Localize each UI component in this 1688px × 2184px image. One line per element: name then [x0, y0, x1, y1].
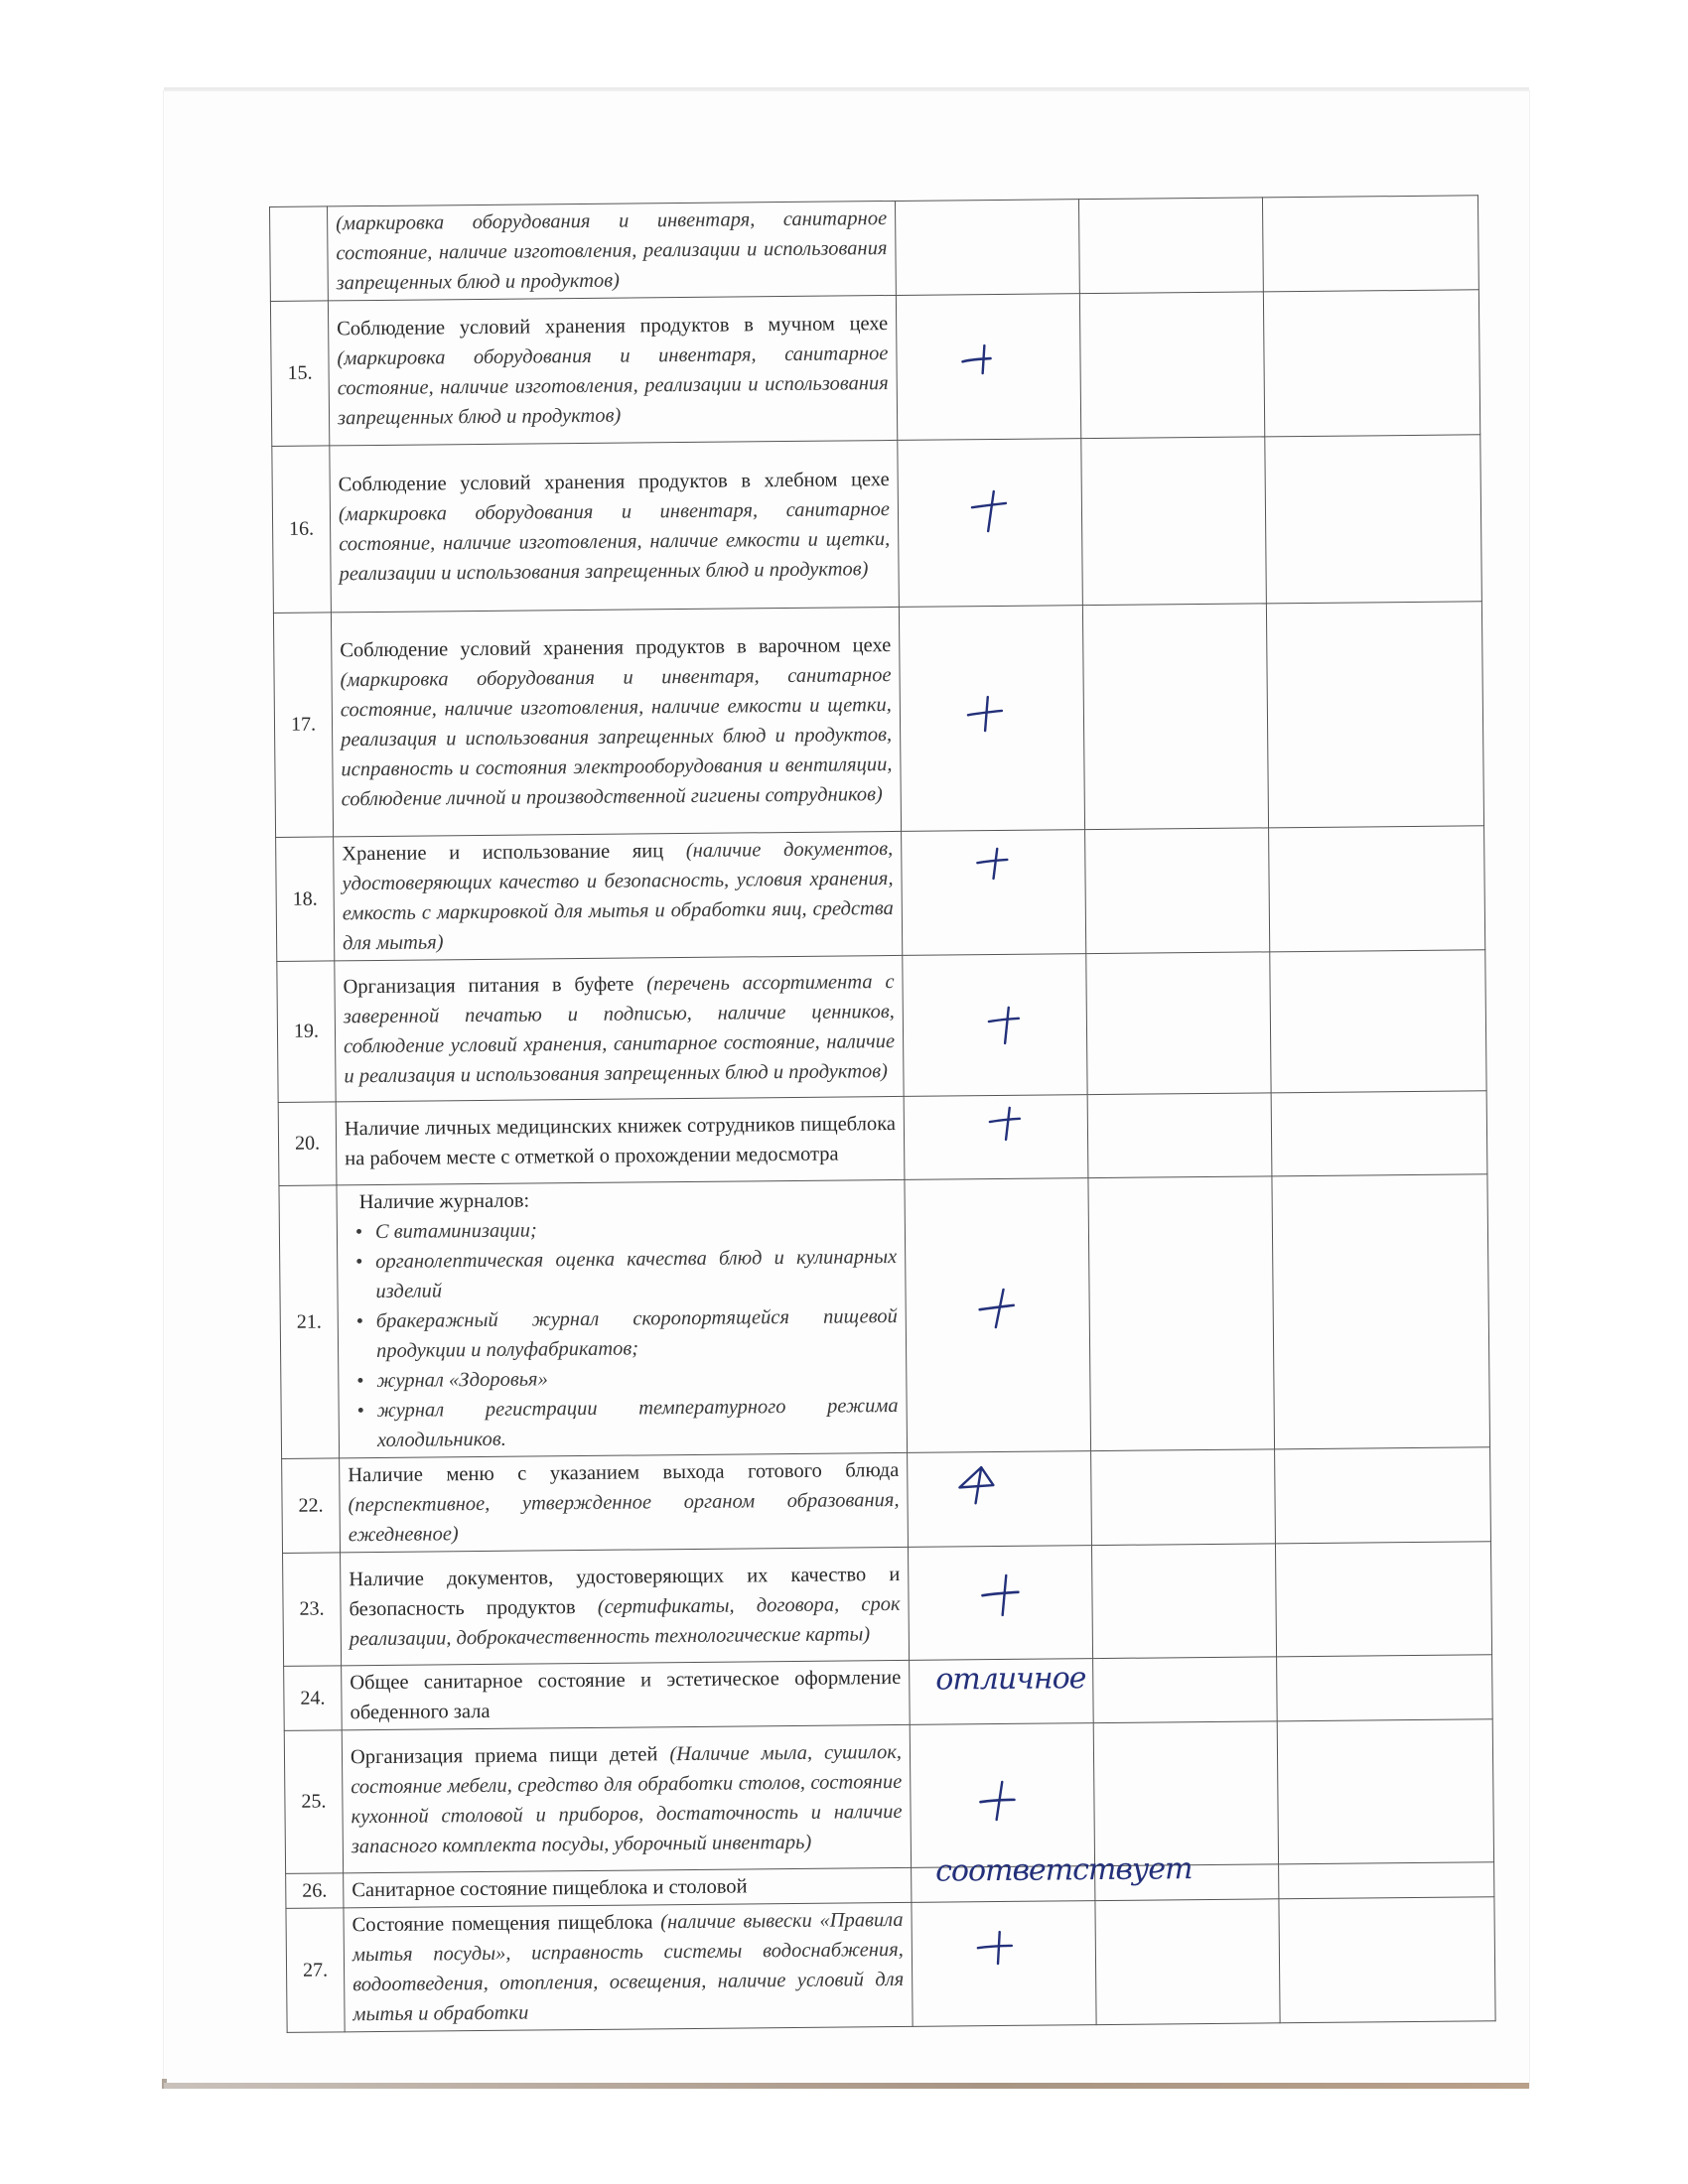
- criterion-text: Организация питания в буфете (перечень а…: [335, 955, 904, 1101]
- criterion-title: Санитарное состояние пищеблока и столово…: [352, 1875, 747, 1901]
- mark-cell-1[interactable]: [908, 1546, 1092, 1661]
- criterion-title: Хранение и использование яиц: [342, 840, 663, 865]
- mark-cell-1[interactable]: [902, 830, 1086, 956]
- mark-cell-3[interactable]: [1277, 1719, 1493, 1864]
- criterion-title: Состояние помещения пищеблока: [352, 1911, 653, 1936]
- mark-cell-2[interactable]: [1086, 952, 1271, 1095]
- table-row: 15. Соблюдение условий хранения продукто…: [270, 290, 1479, 447]
- mark-cell-1[interactable]: отличное: [910, 1659, 1094, 1725]
- mark-cell-3[interactable]: [1269, 826, 1485, 952]
- criterion-detail: (маркировка оборудования и инвентаря, са…: [336, 207, 887, 294]
- mark-cell-1[interactable]: [903, 954, 1087, 1097]
- mark-cell-2[interactable]: [1091, 1544, 1276, 1659]
- row-number: 21.: [279, 1185, 340, 1459]
- criterion-title: Наличие меню с указанием выхода готового…: [348, 1459, 899, 1486]
- mark-cell-3[interactable]: [1272, 1174, 1490, 1449]
- list-item: органолептическая оценка качества блюд и…: [365, 1242, 898, 1306]
- table-row: 19. Организация питания в буфете (перече…: [277, 950, 1486, 1103]
- mark-cell-1[interactable]: [899, 606, 1084, 832]
- row-number: 18.: [276, 837, 335, 962]
- handwritten-plus-icon: [959, 1463, 995, 1503]
- mark-cell-2[interactable]: [1095, 1899, 1280, 2025]
- mark-cell-3[interactable]: [1275, 1447, 1491, 1544]
- criterion-text: Соблюдение условий хранения продуктов в …: [330, 440, 900, 612]
- criterion-text: Наличие документов, удостоверяющих их ка…: [341, 1547, 910, 1665]
- mark-cell-3[interactable]: [1279, 1897, 1495, 2023]
- table-row: 23. Наличие документов, удостоверяющих и…: [283, 1542, 1492, 1667]
- criterion-detail: (маркировка оборудования и инвентаря, са…: [340, 664, 892, 810]
- mark-cell-2[interactable]: [1087, 1093, 1272, 1178]
- table-row: 24. Общее санитарное состояние и эстетич…: [284, 1655, 1493, 1731]
- table-row: 21. Наличие журналов: С витаминизации; о…: [279, 1174, 1490, 1459]
- table-row: 25. Организация приема пищи детей (Налич…: [284, 1719, 1493, 1874]
- handwritten-plus-icon: [960, 337, 996, 376]
- row-number: [270, 206, 329, 302]
- criterion-text: Хранение и использование яиц (наличие до…: [334, 831, 903, 960]
- handwritten-plus-icon: [975, 845, 1011, 885]
- mark-cell-1[interactable]: [905, 1178, 1091, 1453]
- mark-cell-1[interactable]: [912, 1901, 1096, 2027]
- row-number: 20.: [278, 1102, 337, 1186]
- mark-cell-1[interactable]: [895, 200, 1079, 296]
- criterion-text: Наличие меню с указанием выхода готового…: [340, 1452, 909, 1552]
- mark-cell-3[interactable]: [1270, 950, 1486, 1093]
- mark-cell-2[interactable]: [1095, 1864, 1279, 1901]
- row-number: 15.: [270, 301, 329, 447]
- mark-cell-2[interactable]: [1085, 828, 1270, 954]
- handwritten-plus-icon: [982, 1574, 1018, 1614]
- handwritten-plus-icon: [987, 1005, 1023, 1044]
- mark-cell-2[interactable]: [1093, 1721, 1278, 1866]
- mark-cell-3[interactable]: [1263, 290, 1479, 437]
- table-row: 17. Соблюдение условий хранения продукто…: [273, 602, 1483, 838]
- row-number: 27.: [286, 1908, 345, 2033]
- criterion-text: Наличие личных медицинских книжек сотруд…: [336, 1096, 905, 1184]
- criterion-text: Санитарное состояние пищеблока и столово…: [344, 1867, 912, 1907]
- criterion-title: Организация приема пищи детей: [351, 1743, 658, 1768]
- handwritten-plus-icon: [968, 692, 1004, 732]
- list-item: бракеражный журнал скоропортящейся пищев…: [366, 1301, 899, 1366]
- inspection-checklist-table: (маркировка оборудования и инвентаря, са…: [269, 195, 1496, 2033]
- mark-cell-2[interactable]: [1082, 604, 1268, 830]
- mark-cell-3[interactable]: [1277, 1655, 1493, 1721]
- row-number: 17.: [273, 613, 333, 838]
- criterion-text: Соблюдение условий хранения продуктов в …: [328, 295, 897, 445]
- mark-cell-1[interactable]: [904, 1095, 1088, 1180]
- table-row: 16. Соблюдение условий хранения продукто…: [272, 435, 1482, 614]
- journal-list: С витаминизации; органолептическая оценк…: [346, 1212, 899, 1455]
- scan-edge-bottom: [164, 2083, 1529, 2089]
- criterion-detail: (маркировка оборудования и инвентаря, са…: [337, 342, 888, 429]
- criterion-title: Наличие личных медицинских книжек сотруд…: [345, 1112, 896, 1168]
- mark-cell-2[interactable]: [1091, 1449, 1276, 1546]
- row-number: 19.: [277, 961, 336, 1103]
- row-number: 23.: [283, 1553, 342, 1667]
- row-number: 26.: [286, 1873, 344, 1909]
- mark-cell-3[interactable]: [1279, 1862, 1494, 1899]
- mark-cell-1[interactable]: [898, 439, 1083, 608]
- criterion-text: Организация приема пищи детей (Наличие м…: [342, 1724, 911, 1872]
- mark-cell-3[interactable]: [1266, 602, 1483, 828]
- criterion-text: (маркировка оборудования и инвентаря, са…: [328, 201, 897, 300]
- row-number: 22.: [282, 1458, 341, 1554]
- criterion-detail: (маркировка оборудования и инвентаря, са…: [339, 498, 890, 585]
- handwritten-plus-icon: [972, 490, 1008, 530]
- table-row: 22. Наличие меню с указанием выхода гото…: [282, 1447, 1491, 1554]
- criterion-text: Соблюдение условий хранения продуктов в …: [331, 607, 901, 836]
- mark-cell-3[interactable]: [1275, 1542, 1491, 1657]
- table-row: 20. Наличие личных медицинских книжек со…: [278, 1091, 1487, 1186]
- list-item: журнал регистрации температурного режима…: [367, 1391, 900, 1455]
- criterion-title: Соблюдение условий хранения продуктов в …: [339, 469, 890, 495]
- handwritten-plus-icon: [980, 1779, 1016, 1819]
- criterion-text: Общее санитарное состояние и эстетическо…: [342, 1660, 911, 1729]
- table-row: 18. Хранение и использование яиц (наличи…: [276, 826, 1485, 962]
- mark-cell-3[interactable]: [1262, 196, 1478, 292]
- handwritten-plus-icon: [979, 1288, 1015, 1327]
- mark-cell-2[interactable]: [1078, 198, 1263, 294]
- criterion-title: Соблюдение условий хранения продуктов в …: [337, 313, 888, 340]
- mark-cell-3[interactable]: [1271, 1091, 1487, 1176]
- mark-cell-2[interactable]: [1088, 1176, 1275, 1451]
- criterion-title: Общее санитарное состояние и эстетическо…: [350, 1667, 901, 1723]
- table-row: 27. Состояние помещения пищеблока (налич…: [286, 1897, 1495, 2033]
- mark-cell-1[interactable]: [896, 294, 1080, 441]
- criterion-text: Наличие журналов: С витаминизации; орган…: [337, 1179, 908, 1457]
- mark-cell-2[interactable]: [1079, 292, 1264, 439]
- criterion-text: Состояние помещения пищеблока (наличие в…: [344, 1902, 913, 2031]
- mark-cell-2[interactable]: [1081, 437, 1267, 606]
- row-number: 16.: [272, 446, 332, 614]
- mark-cell-1[interactable]: соответствует: [912, 1866, 1095, 1903]
- mark-cell-2[interactable]: [1093, 1657, 1278, 1723]
- row-number: 24.: [284, 1666, 343, 1731]
- handwritten-assessment: отличное: [935, 1661, 1086, 1697]
- mark-cell-3[interactable]: [1265, 435, 1482, 604]
- criterion-title: Соблюдение условий хранения продуктов в …: [340, 634, 891, 661]
- criterion-title: Организация питания в буфете: [343, 973, 633, 998]
- mark-cell-1[interactable]: [908, 1451, 1092, 1548]
- handwritten-plus-icon: [978, 1928, 1014, 1968]
- row-number: 25.: [284, 1730, 343, 1874]
- mark-cell-1[interactable]: [910, 1723, 1094, 1868]
- criterion-detail: (перспективное, утвержденное органом обр…: [348, 1489, 899, 1546]
- handwritten-plus-icon: [988, 1103, 1024, 1143]
- table-row: (маркировка оборудования и инвентаря, са…: [270, 196, 1479, 302]
